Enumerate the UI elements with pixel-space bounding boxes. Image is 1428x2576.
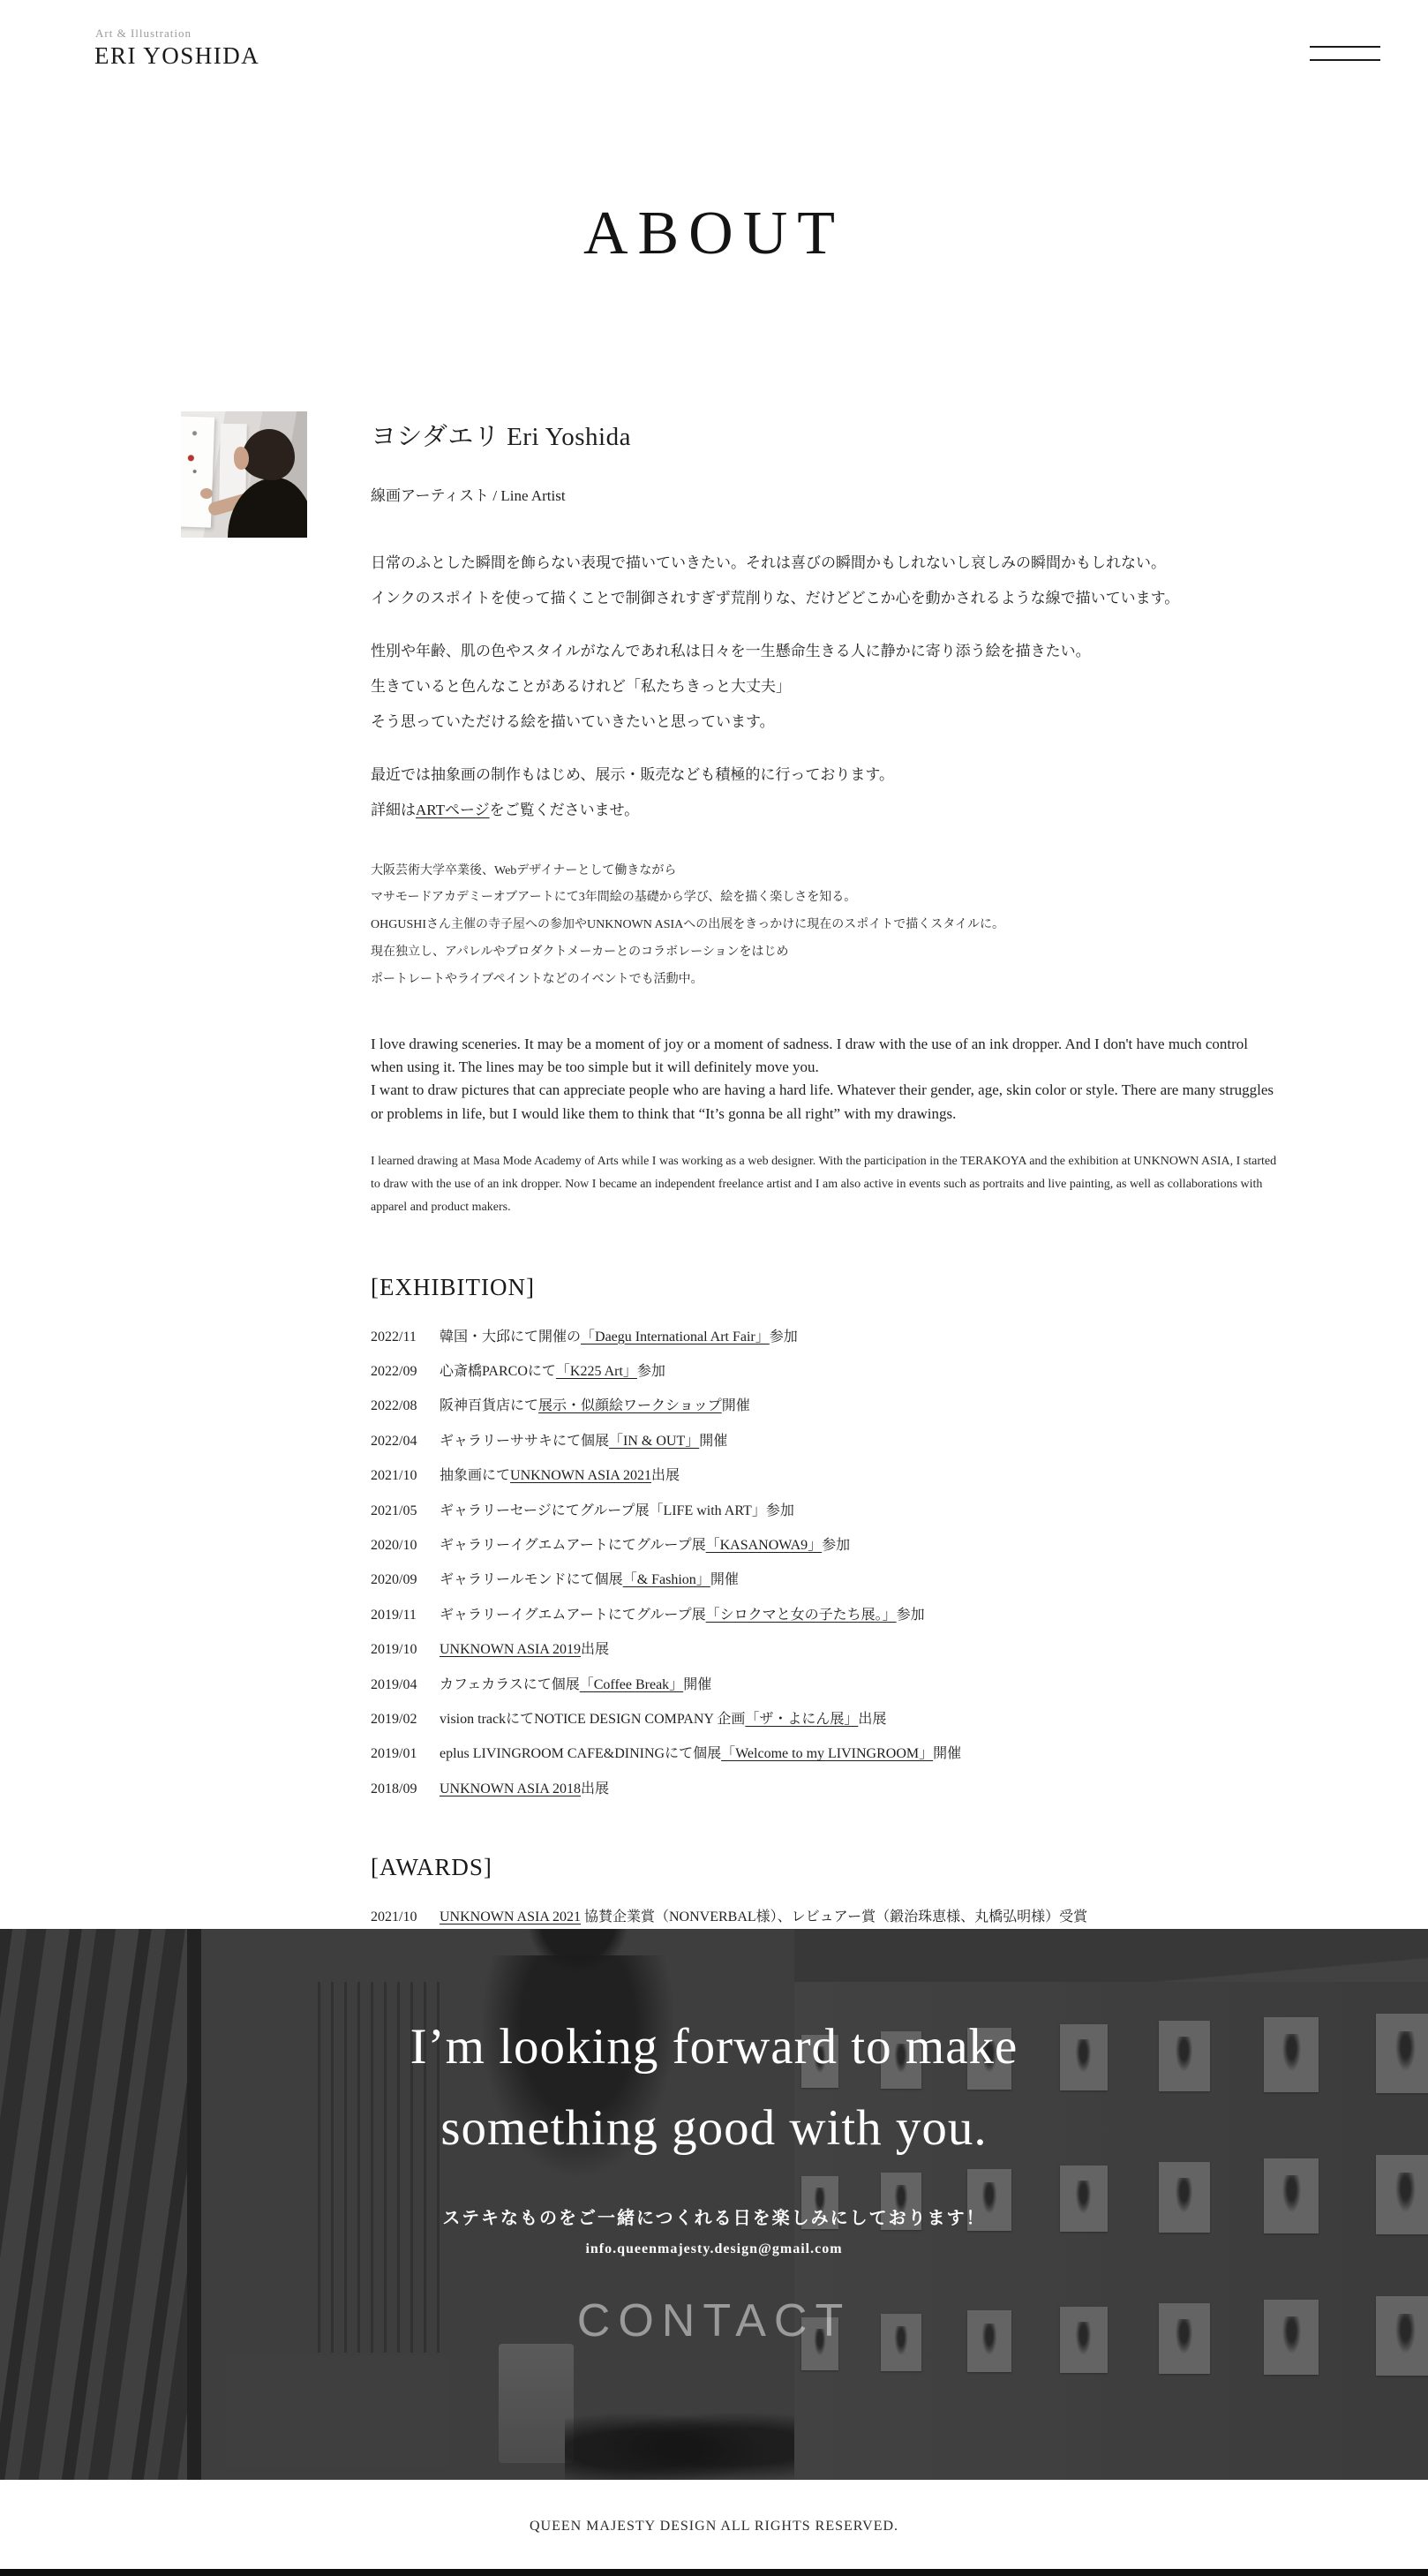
awards-heading: [AWARDS] <box>371 1854 1284 1881</box>
artist-role: 線画アーティスト / Line Artist <box>371 483 1284 505</box>
exhibition-date: 2020/09 <box>371 1570 425 1590</box>
contact-link[interactable]: CONTACT <box>577 2294 851 2347</box>
inline-link[interactable]: 「KASANOWA9」 <box>706 1538 823 1553</box>
list-text: 協賛企業賞（NONVERBAL様）、レビュアー賞（鍛治珠恵様、丸橋弘明様）受賞 <box>581 1909 1087 1924</box>
list-text: 開催 <box>699 1434 727 1449</box>
award-item: 2021/10UNKNOWN ASIA 2021 協賛企業賞（NONVERBAL… <box>371 1908 1284 1927</box>
bio-line: I learned drawing at Masa Mode Academy o… <box>371 1150 1284 1219</box>
inline-link[interactable]: UNKNOWN ASIA 2021 <box>440 1909 581 1924</box>
list-text: カフェカラスにて個展 <box>440 1677 580 1692</box>
exhibition-date: 2021/10 <box>371 1466 425 1486</box>
list-text: 詳細は <box>371 802 416 818</box>
list-text: 心斎橋PARCOにて <box>440 1364 556 1379</box>
list-text: 開催 <box>722 1398 750 1413</box>
inline-link[interactable]: 「K225 Art」 <box>556 1364 637 1379</box>
bio-line: 性別や年齢、肌の色やスタイルがなんであれ私は日々を一生懸命生きる人に静かに寄り添… <box>371 634 1284 669</box>
list-text: 開催 <box>710 1572 739 1587</box>
bio-line: 生きていると色んなことがあるけれど「私たちきっと大丈夫」 <box>371 669 1284 704</box>
exhibition-date: 2019/01 <box>371 1744 425 1764</box>
footer-black-bar <box>0 2569 1428 2576</box>
list-text: 出展 <box>651 1468 680 1483</box>
list-text: 参加 <box>637 1364 665 1379</box>
bio-line: I love drawing sceneries. It may be a mo… <box>371 1033 1284 1080</box>
hamburger-bar-icon <box>1310 59 1380 61</box>
list-text: 出展 <box>581 1781 609 1796</box>
logo-title: ERI YOSHIDA <box>94 42 259 70</box>
bio-line: ポートレートやライブペイントなどのイベントでも活動中。 <box>371 967 1284 994</box>
list-text: 開催 <box>683 1677 711 1692</box>
bio-line: I want to draw pictures that can appreci… <box>371 1079 1284 1126</box>
copyright-text: QUEEN MAJESTY DESIGN ALL RIGHTS RESERVED… <box>0 2519 1428 2535</box>
list-text: 参加 <box>822 1538 850 1553</box>
exhibition-date: 2019/11 <box>371 1606 425 1625</box>
exhibition-item: 2020/10ギャラリーイグエムアートにてグループ展「KASANOWA9」参加 <box>371 1536 1284 1555</box>
artist-name: ヨシダエリ Eri Yoshida <box>371 417 1284 453</box>
bio-line: 詳細はARTページをご覧くださいませ。 <box>371 793 1284 828</box>
bio-paragraph-jp-1: 日常のふとした瞬間を飾らない表現で描いていきたい。それは喜びの瞬間かもしれないし… <box>371 546 1284 616</box>
list-text: 出展 <box>858 1712 886 1727</box>
site-logo[interactable]: Art & Illustration ERI YOSHIDA <box>94 26 259 70</box>
award-date: 2021/10 <box>371 1908 425 1927</box>
site-footer: QUEEN MAJESTY DESIGN ALL RIGHTS RESERVED… <box>0 2480 1428 2576</box>
list-text: をご覧くださいませ。 <box>490 802 640 818</box>
list-text: 最近では抽象画の制作もはじめ、展示・販売なども積極的に行っております。 <box>371 766 894 783</box>
list-text: 抽象画にて <box>440 1468 510 1483</box>
bio-line: OHGUSHIさん主催の寺子屋への参加やUNKNOWN ASIAへの出展をきっか… <box>371 912 1284 939</box>
hamburger-menu-button[interactable] <box>1310 46 1380 61</box>
exhibition-heading: [EXHIBITION] <box>371 1274 1284 1301</box>
exhibition-item: 2019/02vision trackにてNOTICE DESIGN COMPA… <box>371 1710 1284 1729</box>
inline-link[interactable]: 「Welcome to my LIVINGROOM」 <box>721 1746 933 1761</box>
hamburger-bar-icon <box>1310 46 1380 48</box>
inline-link[interactable]: 「ザ・よにん展」 <box>745 1712 858 1727</box>
list-text: 韓国・大邱にて開催の <box>440 1329 581 1344</box>
list-text: ギャラリーセージにてグループ展「LIFE with ART」参加 <box>440 1503 794 1518</box>
bio-line: マサモードアカデミーオブアートにて3年間絵の基礎から学び、絵を描く楽しさを知る。 <box>371 885 1284 912</box>
bio-line: 最近では抽象画の制作もはじめ、展示・販売なども積極的に行っております。 <box>371 757 1284 793</box>
inline-link[interactable]: 「Daegu International Art Fair」 <box>581 1329 770 1344</box>
exhibition-date: 2022/09 <box>371 1362 425 1382</box>
exhibition-item: 2018/09UNKNOWN ASIA 2018出展 <box>371 1780 1284 1799</box>
exhibition-item: 2019/10UNKNOWN ASIA 2019出展 <box>371 1640 1284 1660</box>
exhibition-date: 2019/04 <box>371 1676 425 1695</box>
list-text: ギャラリーイグエムアートにてグループ展 <box>440 1608 706 1623</box>
exhibition-date: 2022/11 <box>371 1328 425 1347</box>
bio-paragraph-jp-3: 最近では抽象画の制作もはじめ、展示・販売なども積極的に行っております。詳細はAR… <box>371 757 1284 828</box>
exhibition-item: 2021/10抽象画にてUNKNOWN ASIA 2021出展 <box>371 1466 1284 1486</box>
inline-link[interactable]: UNKNOWN ASIA 2021 <box>510 1468 651 1483</box>
exhibition-date: 2018/09 <box>371 1780 425 1799</box>
exhibition-item: 2022/04ギャラリーササキにて個展「IN & OUT」開催 <box>371 1432 1284 1451</box>
list-text: 参加 <box>897 1608 925 1623</box>
bio-line: そう思っていただける絵を描いていきたいと思っています。 <box>371 704 1284 740</box>
list-text: 開催 <box>933 1746 961 1761</box>
list-text: 参加 <box>770 1329 798 1344</box>
cta-heading-line2: something good with you. <box>440 2100 987 2156</box>
list-text: 出展 <box>581 1642 609 1657</box>
about-main: ヨシダエリ Eri Yoshida 線画アーティスト / Line Artist… <box>181 417 1247 1997</box>
inline-link[interactable]: ARTページ <box>416 802 490 818</box>
logo-subtitle: Art & Illustration <box>95 26 259 41</box>
photo-hand <box>200 488 213 499</box>
photo-face <box>234 447 249 470</box>
bio-paragraph-en-1: I love drawing sceneries. It may be a mo… <box>371 1033 1284 1126</box>
inline-link[interactable]: 展示・似顔絵ワークショップ <box>538 1398 722 1413</box>
exhibition-list: 2022/11韓国・大邱にて開催の「Daegu International Ar… <box>371 1328 1284 1799</box>
list-text: eplus LIVINGROOM CAFE&DININGにて個展 <box>440 1746 721 1761</box>
list-text: ギャラリーイグエムアートにてグループ展 <box>440 1538 706 1553</box>
list-text: ギャラリーササキにて個展 <box>440 1434 609 1449</box>
bio-line: 現在独立し、アパレルやプロダクトメーカーとのコラボレーションをはじめ <box>371 939 1284 967</box>
bio-paragraph-jp-small: 大阪芸術大学卒業後、Webデザイナーとして働きながらマサモードアカデミーオブアー… <box>371 858 1284 994</box>
photo-hair <box>242 429 295 480</box>
exhibition-item: 2021/05ギャラリーセージにてグループ展「LIFE with ART」参加 <box>371 1502 1284 1521</box>
exhibition-date: 2020/10 <box>371 1536 425 1555</box>
cta-heading-line1: I’m looking forward to make <box>410 2019 1018 2075</box>
exhibition-item: 2022/08阪神百貨店にて展示・似顔絵ワークショップ開催 <box>371 1397 1284 1416</box>
contact-email-link[interactable]: info.queenmajesty.design@gmail.com <box>0 2241 1428 2257</box>
inline-link[interactable]: UNKNOWN ASIA 2019 <box>440 1642 581 1657</box>
cta-message-jp: ステキなものをご一緒につくれる日を楽しみにしております！ <box>0 2203 1428 2229</box>
exhibition-date: 2022/04 <box>371 1432 425 1451</box>
bio-paragraph-jp-2: 性別や年齢、肌の色やスタイルがなんであれ私は日々を一生懸命生きる人に静かに寄り添… <box>371 634 1284 740</box>
exhibition-item: 2020/09ギャラリールモンドにて個展「& Fashion」開催 <box>371 1570 1284 1590</box>
list-text: 阪神百貨店にて <box>440 1398 538 1413</box>
exhibition-item: 2019/11ギャラリーイグエムアートにてグループ展「シロクマと女の子たち展。」… <box>371 1606 1284 1625</box>
list-text: ギャラリールモンドにて個展 <box>440 1572 623 1587</box>
inline-link[interactable]: 「シロクマと女の子たち展。」 <box>706 1608 897 1623</box>
cta-heading: I’m looking forward to make something go… <box>0 2007 1428 2170</box>
exhibition-item: 2019/04カフェカラスにて個展「Coffee Break」開催 <box>371 1676 1284 1695</box>
exhibition-item: 2022/09心斎橋PARCOにて「K225 Art」参加 <box>371 1362 1284 1382</box>
list-text: vision trackにてNOTICE DESIGN COMPANY 企画 <box>440 1712 745 1727</box>
bio-line: インクのスポイトを使って描くことで制御されすぎず荒削りな、だけどどこか心を動かさ… <box>371 581 1284 616</box>
bio-paragraph-en-2: I learned drawing at Masa Mode Academy o… <box>371 1150 1284 1219</box>
exhibition-date: 2021/05 <box>371 1502 425 1521</box>
exhibition-item: 2022/11韓国・大邱にて開催の「Daegu International Ar… <box>371 1328 1284 1347</box>
site-header: Art & Illustration ERI YOSHIDA <box>0 0 1428 99</box>
page-title: ABOUT <box>0 203 1428 265</box>
bio-line: 大阪芸術大学卒業後、Webデザイナーとして働きながら <box>371 858 1284 885</box>
inline-link[interactable]: 「& Fashion」 <box>623 1572 710 1587</box>
exhibition-date: 2019/10 <box>371 1640 425 1660</box>
inline-link[interactable]: UNKNOWN ASIA 2018 <box>440 1781 581 1796</box>
contact-cta-section: I’m looking forward to make something go… <box>0 1929 1428 2480</box>
inline-link[interactable]: 「IN & OUT」 <box>609 1434 699 1449</box>
artist-portrait-photo <box>181 411 307 538</box>
exhibition-item: 2019/01eplus LIVINGROOM CAFE&DININGにて個展「… <box>371 1744 1284 1764</box>
exhibition-date: 2019/02 <box>371 1710 425 1729</box>
inline-link[interactable]: 「Coffee Break」 <box>580 1677 683 1692</box>
exhibition-date: 2022/08 <box>371 1397 425 1416</box>
bio-line: 日常のふとした瞬間を飾らない表現で描いていきたい。それは喜びの瞬間かもしれないし… <box>371 546 1284 581</box>
